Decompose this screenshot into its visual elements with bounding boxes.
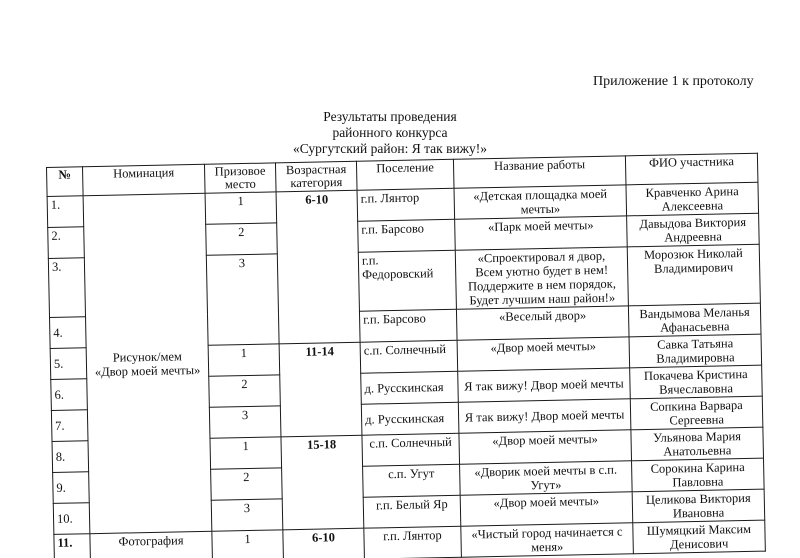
header-place-l2: место <box>225 177 256 192</box>
row-num: 10. <box>53 503 90 535</box>
appendix-label: Приложение 1 к протоколу <box>593 74 754 90</box>
results-table: № Номинация Призовоеместо Возрастнаякате… <box>46 153 766 558</box>
row-settlement: г.п. Барсово <box>358 219 456 252</box>
title-line-2: районного конкурса <box>260 125 520 141</box>
row-participant: Шумяцкий Максим Денисович <box>633 520 766 554</box>
row-work: «Детская площадка моей мечты» <box>454 185 627 219</box>
row-place: 1 <box>212 530 284 558</box>
row-work: Я так вижу! Двор моей мечты <box>458 399 631 433</box>
row-place: 2 <box>211 468 283 500</box>
row-num: 8. <box>52 441 89 473</box>
row-settlement: с.п. Солнечный <box>362 433 460 466</box>
nomination-photo: Фотография <box>90 531 213 558</box>
row-participant: Сорокина Карина Павловна <box>632 458 765 492</box>
title-line-1: Результаты проведения <box>260 109 520 125</box>
document-title: Результаты проведения районного конкурса… <box>260 109 520 157</box>
row-age: 15-18 <box>281 435 364 530</box>
row-age: 11-14 <box>279 342 362 437</box>
row-settlement: с.п. Солнечный <box>360 340 458 373</box>
nomination-drawing-l1: Рисунок/мем <box>113 349 182 364</box>
title-line-3: «Сургутский район: Я так вижу!» <box>260 141 520 157</box>
row-work: «Веселый двор» <box>456 306 629 340</box>
row-num: 11. <box>54 534 91 558</box>
row-participant: Сопкина Варвара Сергеевна <box>630 396 763 430</box>
row-participant: Вандымова Меланья Афанасьевна <box>628 303 761 337</box>
row-participant: Морозюк Николай Владимирович <box>627 244 760 306</box>
row-num: 6. <box>51 379 88 411</box>
nomination-drawing-l2: «Двор моей мечты» <box>95 362 201 378</box>
row-place: 2 <box>206 223 278 255</box>
row-work: «Дворик моей мечты в с.п. Угут» <box>460 461 633 495</box>
header-work: Название работы <box>453 156 626 188</box>
row-participant: Покачева Кристина Вячеславовна <box>630 365 763 399</box>
row-participant: Давыдова Виктория Андреевна <box>627 213 760 247</box>
row-age: 6-10 <box>283 528 365 558</box>
row-place: 1 <box>205 192 277 224</box>
row-work: «Двор моей мечты» <box>460 492 633 526</box>
row-num: 5. <box>50 348 87 380</box>
row-settlement: г.п. Барсово <box>359 309 457 342</box>
row-settlement: с.п. Угут <box>363 464 461 497</box>
row-num: 1. <box>47 196 84 228</box>
row-settlement: г.п. Белый Яр <box>363 495 461 528</box>
row-participant: Целикова Виктория Ивановна <box>632 489 765 523</box>
row-age: 6-10 <box>276 190 360 344</box>
settlement-line: Федоровский <box>362 266 433 281</box>
results-sheet: № Номинация Призовоеместо Возрастнаякате… <box>46 153 765 558</box>
settlement-line: г.п. <box>362 253 379 267</box>
header-settlement: Поселение <box>356 159 454 190</box>
row-work: Я так вижу! Двор моей мечты <box>458 368 631 402</box>
row-place: 3 <box>209 406 281 438</box>
row-place: 3 <box>211 499 283 531</box>
header-age: Возрастнаякатегория <box>275 161 357 192</box>
row-place: 3 <box>206 254 279 345</box>
row-work: «Двор моей мечты» <box>457 337 630 371</box>
row-work: «Чистый город начинается с меня» <box>461 523 634 557</box>
row-participant: Ульянова Мария Анатольевна <box>631 427 764 461</box>
header-place: Призовоеместо <box>204 163 276 193</box>
row-num: 9. <box>53 472 90 504</box>
row-participant: Савка Татьяна Владимировна <box>629 334 762 368</box>
row-participant: Кравченко Арина Алексеевна <box>626 182 759 216</box>
work-line: Будет лучшим наш район!» <box>469 291 615 308</box>
header-participant: ФИО участника <box>625 153 758 185</box>
row-settlement: д. Русскинская <box>361 371 459 404</box>
header-num: № <box>47 167 84 197</box>
header-nomination: Номинация <box>83 164 206 195</box>
header-age-l2: категория <box>290 175 342 190</box>
row-place: 2 <box>209 375 281 407</box>
row-work: «Двор моей мечты» <box>459 430 632 464</box>
row-settlement: д. Русскинская <box>361 402 459 435</box>
row-settlement: г.п. Лянтор <box>357 188 455 221</box>
row-work: «Парк моей мечты» <box>455 216 628 250</box>
row-num: 2. <box>48 227 85 259</box>
row-settlement: г.п. Лянтор <box>364 526 462 558</box>
row-num: 7. <box>51 410 88 442</box>
row-num: 3. <box>48 258 85 318</box>
row-place: 1 <box>210 437 282 469</box>
row-num: 4. <box>50 317 87 349</box>
row-settlement: г.п.Федоровский <box>358 250 456 311</box>
nomination-drawing: Рисунок/мем«Двор моей мечты» <box>83 193 212 533</box>
row-place: 1 <box>208 344 280 376</box>
row-work: «Спроектировал я двор,Всем уютно будет в… <box>455 247 628 309</box>
